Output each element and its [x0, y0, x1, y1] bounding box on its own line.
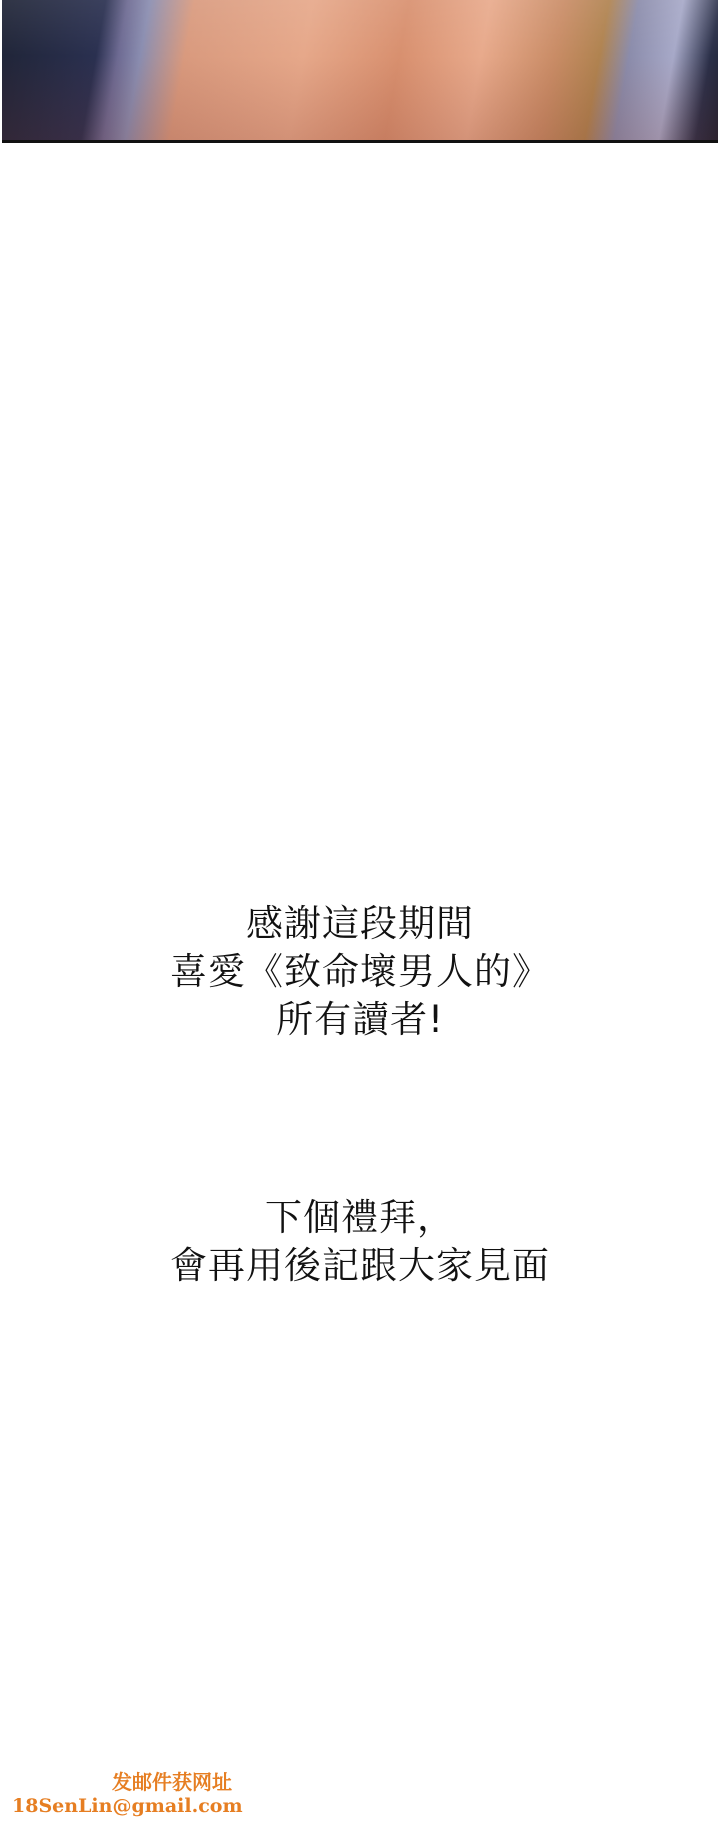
caption-line: 下個禮拜，	[0, 1194, 720, 1242]
caption-line: 喜愛《致命壞男人的》	[0, 948, 720, 996]
watermark: 发邮件获网址 18SenLin@gmail.com	[12, 1770, 232, 1818]
watermark-email: 18SenLin@gmail.com	[12, 1794, 232, 1818]
caption-line: 會再用後記跟大家見面	[0, 1242, 720, 1290]
caption-line: 所有讀者!	[0, 996, 720, 1044]
comic-artwork-panel	[2, 0, 718, 143]
watermark-title: 发邮件获网址	[112, 1770, 232, 1794]
artwork-shading	[2, 0, 718, 140]
next-week-caption: 下個禮拜， 會再用後記跟大家見面	[0, 1194, 720, 1290]
caption-line: 感謝這段期間	[0, 900, 720, 948]
thank-you-caption: 感謝這段期間 喜愛《致命壞男人的》 所有讀者!	[0, 900, 720, 1044]
